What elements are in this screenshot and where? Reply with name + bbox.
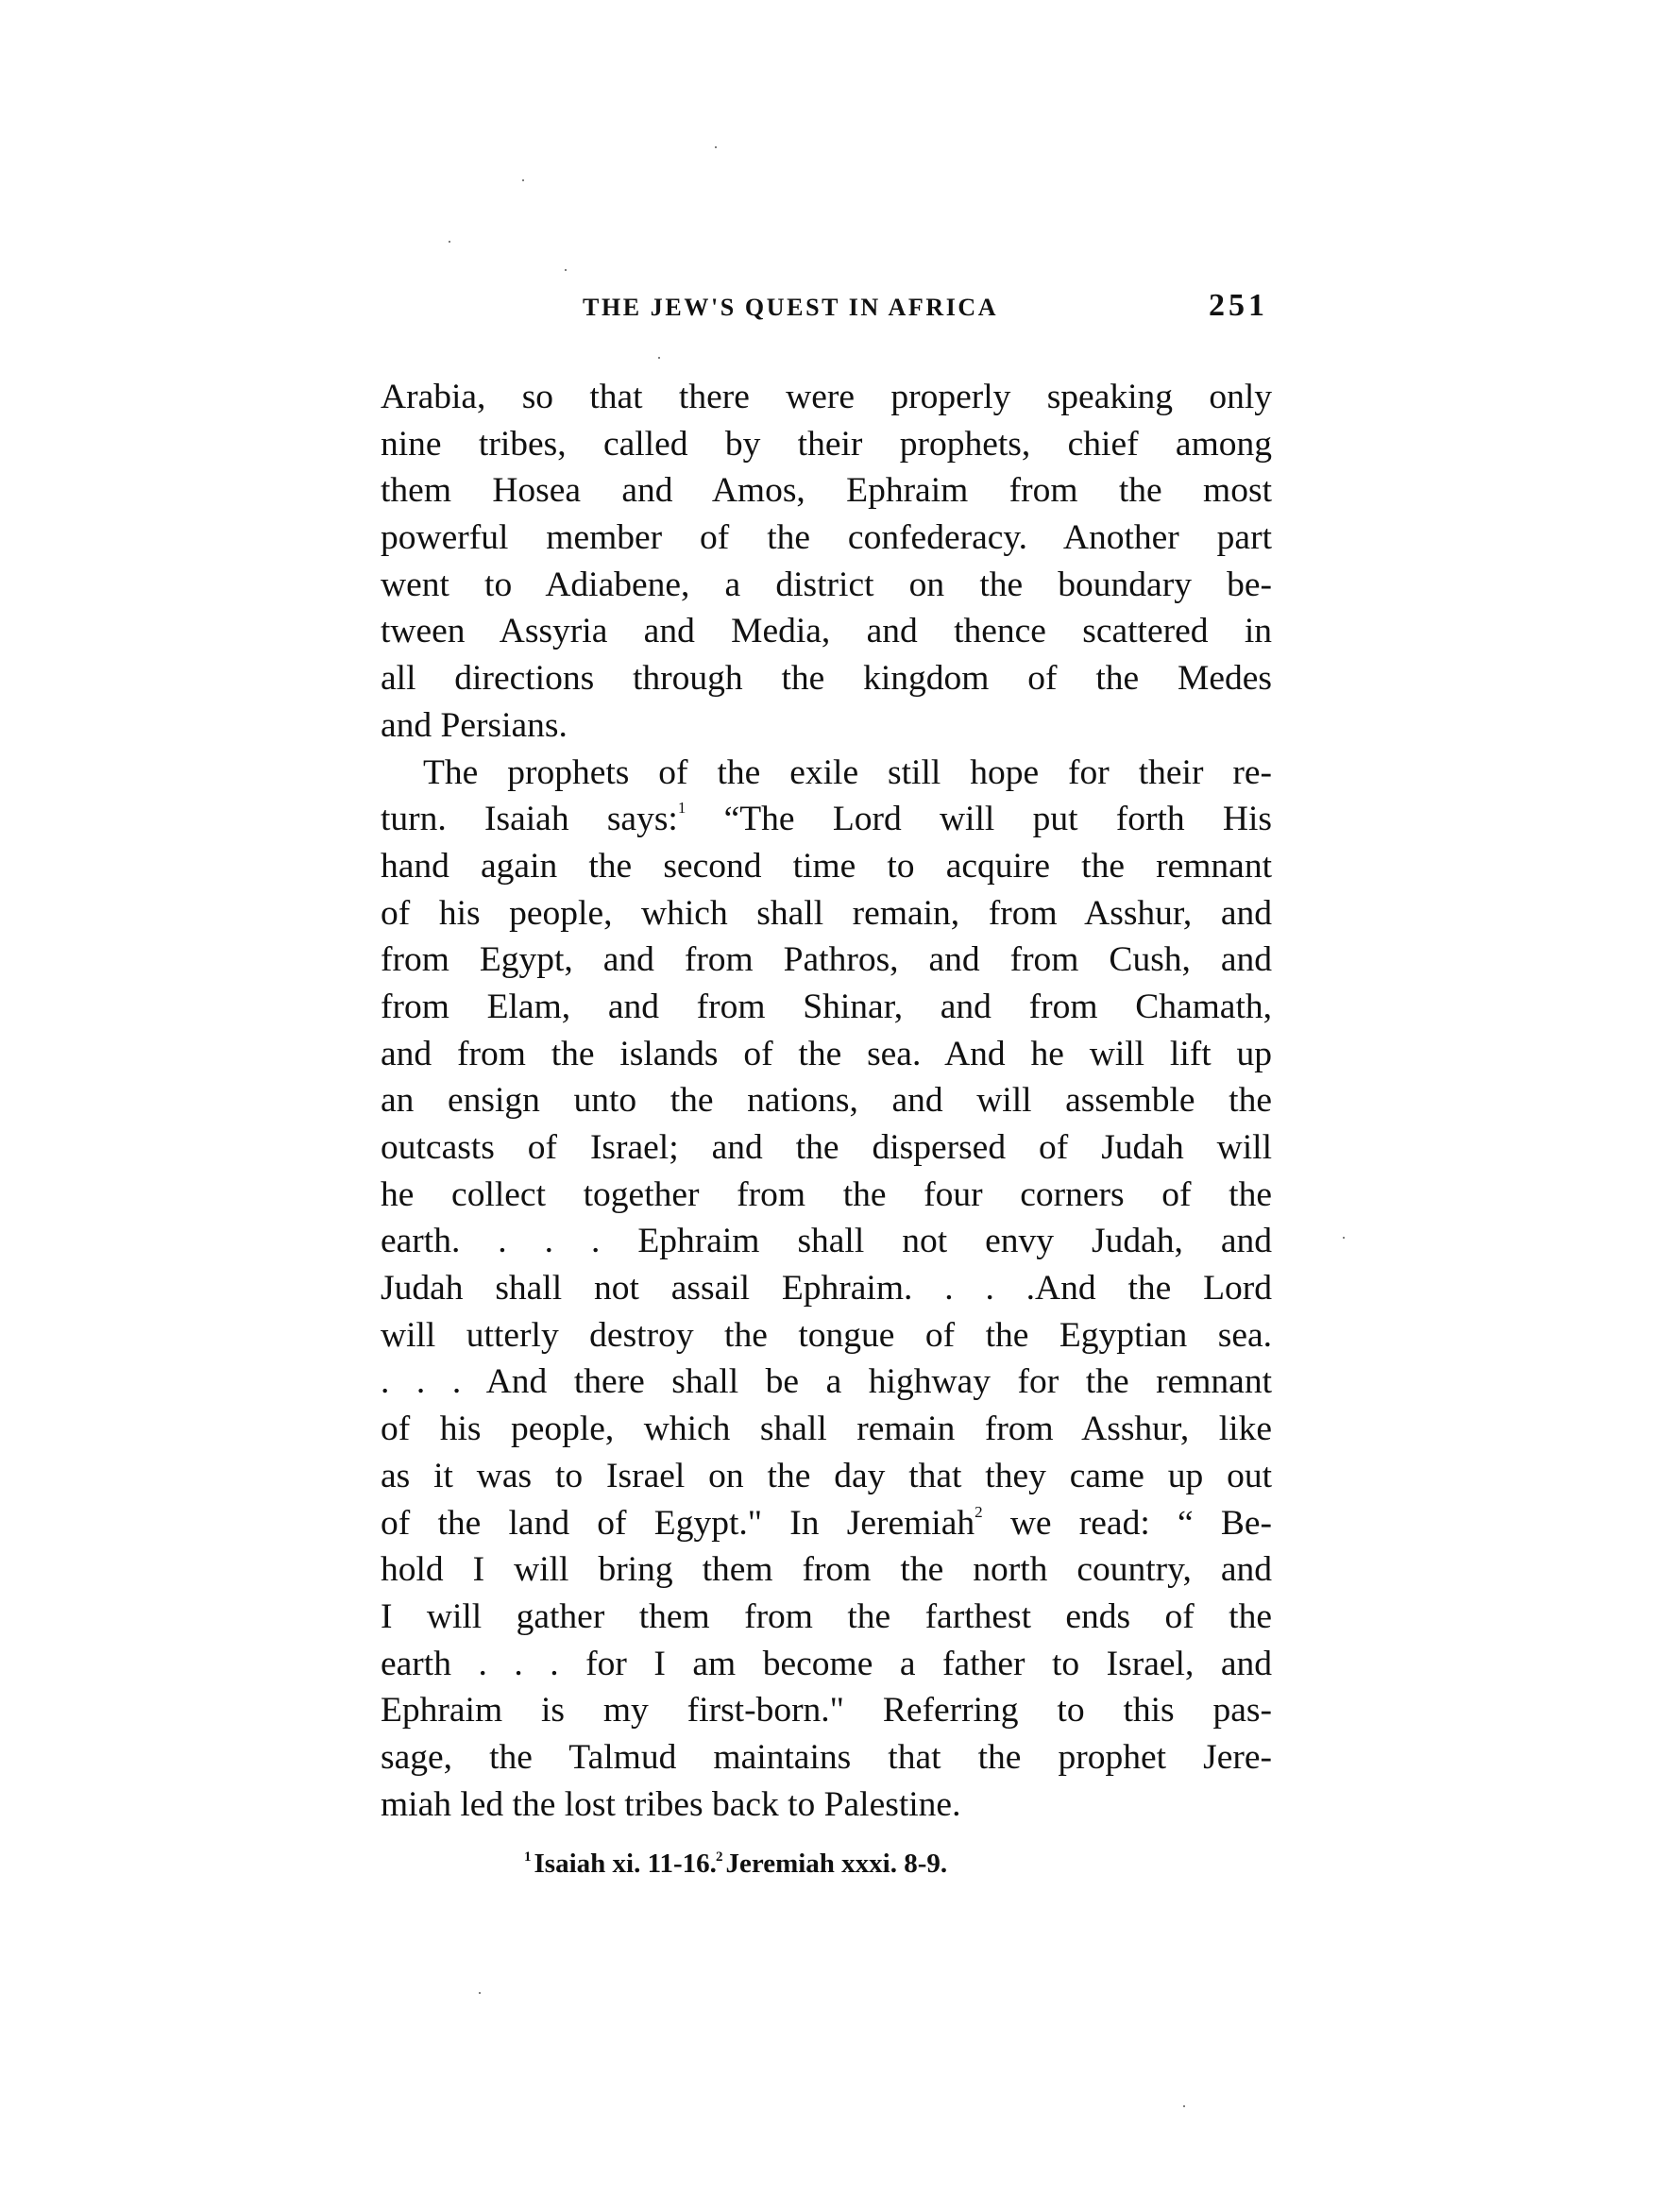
- footnote-ref-2: 2: [975, 1503, 983, 1521]
- text-line: Ephraim is my first-born." Referring to …: [381, 1687, 1272, 1734]
- footnote-ref-1: 1: [678, 799, 686, 817]
- text-line: nine tribes, called by their prophets, c…: [381, 421, 1272, 468]
- text-line: tween Assyria and Media, and thence scat…: [381, 608, 1272, 655]
- running-title: THE JEW'S QUEST IN AFRICA: [583, 289, 998, 327]
- text-segment: we read: “ Be-: [1010, 1504, 1272, 1543]
- footnotes: 1Isaiah xi. 11-16. 2Jeremiah xxxi. 8-9.: [381, 1845, 1272, 1883]
- footnote-text: Isaiah xi. 11-16.: [534, 1849, 717, 1879]
- text-line: of his people, which shall remain from A…: [381, 1406, 1272, 1453]
- book-page: THE JEW'S QUEST IN AFRICA 251 Arabia, so…: [0, 0, 1661, 2212]
- text-segment: turn. Isaiah says:: [381, 800, 678, 838]
- text-line: as it was to Israel on the day that they…: [381, 1453, 1272, 1500]
- footnote-2: 2Jeremiah xxxi. 8-9.: [716, 1845, 947, 1883]
- text-line: of his people, which shall remain, from …: [381, 890, 1272, 937]
- paragraph-2: The prophets of the exile still hope for…: [381, 750, 1272, 1829]
- footnote-1: 1Isaiah xi. 11-16.: [524, 1845, 717, 1883]
- text-line: turn. Isaiah says:1 “The Lord will put f…: [381, 796, 1272, 843]
- text-line: from Elam, and from Shinar, and from Cha…: [381, 984, 1272, 1031]
- text-line: will utterly destroy the tongue of the E…: [381, 1312, 1272, 1359]
- scan-speck: [522, 179, 524, 181]
- scan-speck: [1183, 2105, 1185, 2107]
- text-line: powerful member of the confederacy. Anot…: [381, 515, 1272, 562]
- page-number: 251: [1209, 287, 1268, 325]
- scan-speck: [479, 1992, 481, 1994]
- text-line: The prophets of the exile still hope for…: [381, 750, 1272, 797]
- text-segment: of the land of Egypt." In Jeremiah: [381, 1504, 975, 1543]
- text-line: miah led the lost tribes back to Palesti…: [381, 1781, 1272, 1829]
- text-line: from Egypt, and from Pathros, and from C…: [381, 937, 1272, 984]
- footnote-marker: 2: [716, 1849, 723, 1865]
- text-line: Arabia, so that there were properly spea…: [381, 374, 1272, 421]
- text-line: them Hosea and Amos, Ephraim from the mo…: [381, 467, 1272, 515]
- text-line: I will gather them from the farthest end…: [381, 1594, 1272, 1641]
- text-line: earth . . . for I am become a father to …: [381, 1641, 1272, 1688]
- body-text: Arabia, so that there were properly spea…: [381, 374, 1272, 1828]
- text-line: hand again the second time to acquire th…: [381, 843, 1272, 890]
- text-line: all directions through the kingdom of th…: [381, 655, 1272, 702]
- text-line: . . . And there shall be a highway for t…: [381, 1359, 1272, 1406]
- text-line: outcasts of Israel; and the dispersed of…: [381, 1124, 1272, 1172]
- footnote-marker: 1: [524, 1849, 532, 1865]
- scan-speck: [449, 241, 450, 243]
- text-line: went to Adiabene, a district on the boun…: [381, 562, 1272, 609]
- paragraph-1: Arabia, so that there were properly spea…: [381, 374, 1272, 750]
- text-segment: “The Lord will put forth His: [724, 800, 1272, 838]
- scan-speck: [658, 357, 660, 359]
- text-line: Judah shall not assail Ephraim. . . .And…: [381, 1265, 1272, 1312]
- text-line: an ensign unto the nations, and will ass…: [381, 1077, 1272, 1124]
- text-line: sage, the Talmud maintains that the prop…: [381, 1734, 1272, 1781]
- text-line: and Persians.: [381, 702, 1272, 750]
- text-line: he collect together from the four corner…: [381, 1172, 1272, 1219]
- text-line: and from the islands of the sea. And he …: [381, 1031, 1272, 1078]
- text-line: earth. . . . Ephraim shall not envy Juda…: [381, 1218, 1272, 1265]
- footnote-text: Jeremiah xxxi. 8-9.: [726, 1849, 948, 1879]
- scan-speck: [1343, 1237, 1345, 1239]
- running-head: THE JEW'S QUEST IN AFRICA 251: [381, 289, 1272, 327]
- scan-speck: [715, 146, 717, 148]
- text-line: hold I will bring them from the north co…: [381, 1546, 1272, 1594]
- scan-speck: [565, 269, 567, 271]
- text-line: of the land of Egypt." In Jeremiah2 we r…: [381, 1500, 1272, 1547]
